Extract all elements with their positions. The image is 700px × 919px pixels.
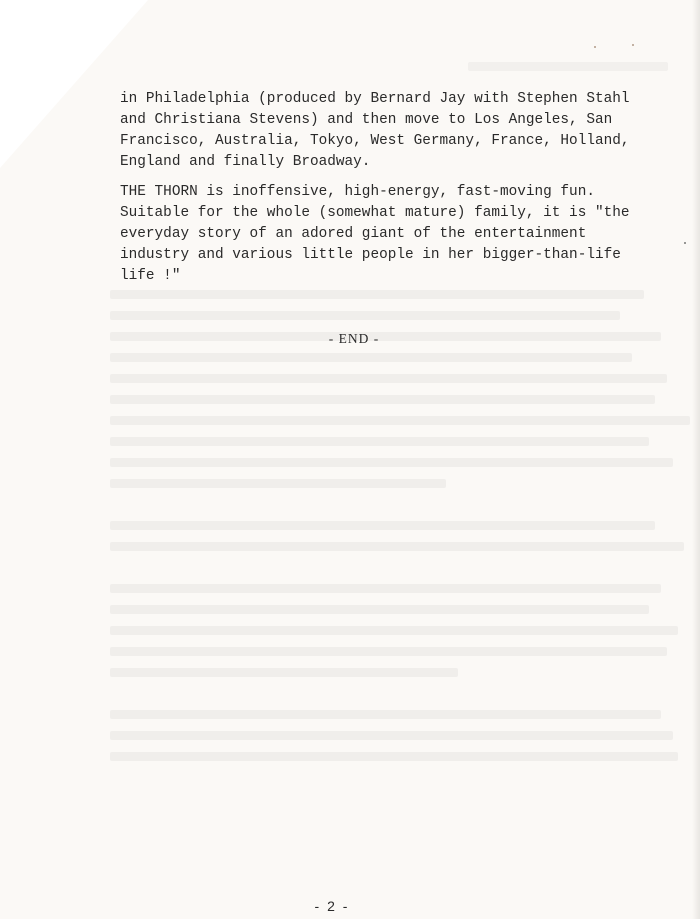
paper-speck xyxy=(4,155,7,159)
body-text: in Philadelphia (produced by Bernard Jay… xyxy=(120,89,680,296)
paragraph-tour-cities: in Philadelphia (produced by Bernard Jay… xyxy=(120,89,680,173)
document-page: in Philadelphia (produced by Bernard Jay… xyxy=(0,0,700,919)
bleed-through-header xyxy=(468,62,668,71)
end-mark: - END - xyxy=(0,331,700,347)
paper-speck xyxy=(684,242,686,244)
paper-edge-shadow xyxy=(692,0,700,919)
page-number: - 2 - xyxy=(0,898,664,914)
paper-speck xyxy=(594,46,596,48)
paper-speck xyxy=(632,44,634,46)
bleed-through-text xyxy=(110,290,690,830)
paragraph-show-description: THE THORN is inoffensive, high-energy, f… xyxy=(120,182,680,287)
